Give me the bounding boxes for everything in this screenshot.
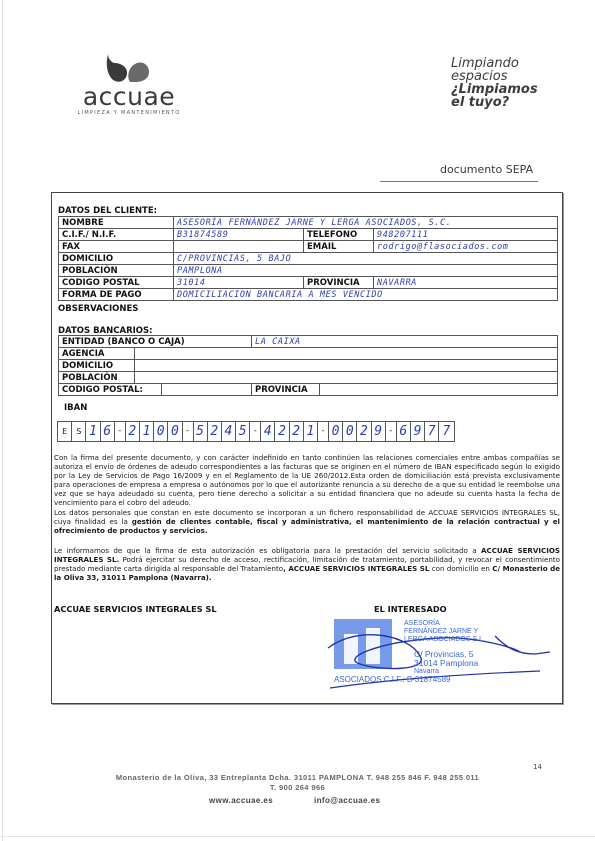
stamp-line: C/ Provincias, 5 [414, 650, 474, 658]
iban-digit-cell: 0 [154, 422, 168, 441]
stamp-line: LERGA ASOCIADOS S.L. [404, 636, 485, 644]
domicilio-field[interactable]: C/PROVINCIAS, 5 BAJO [174, 253, 558, 265]
brand-tagline: LIMPIEZA Y MANTENIMIENTO [66, 110, 192, 116]
provincia-field[interactable]: NAVARRA [374, 277, 558, 289]
iban-digit-cell: 2 [208, 422, 222, 441]
client-section-title: DATOS DEL CLIENTE: [58, 206, 157, 216]
company-signature-label: ACCUAE SERVICIOS INTEGRALES SL [54, 604, 217, 614]
iban-digit-cell: 6 [101, 422, 115, 441]
iban-digit-cell: 0 [168, 422, 182, 441]
telefono-label: TELEFONO [304, 229, 374, 241]
stamp-line: ASOCIADOS C.I.F.: B-31874589 [334, 676, 451, 684]
stamp-line: 31014 Pamplona [414, 659, 478, 667]
iban-digit-cell: 1 [86, 422, 100, 441]
page-edge [2, 0, 3, 841]
poblacion-field[interactable]: PAMPLONA [174, 265, 558, 277]
codigo-postal-label: CODIGO POSTAL [59, 277, 174, 289]
email-field[interactable]: rodrigo@flasociados.com [374, 241, 558, 253]
page-number: 14 [533, 763, 542, 771]
bank-provincia-label: PROVINCIA [252, 384, 320, 396]
table-row: DOMICILIO [59, 360, 558, 372]
fax-label: FAX [59, 241, 174, 253]
table-row: AGENCIA [59, 348, 558, 360]
client-table: NOMBRE ASESORÍA FERNÁNDEZ JARNE Y LERGA … [58, 216, 558, 301]
brand-name: accuae [66, 82, 192, 112]
iban-separator: - [115, 422, 126, 441]
iban-digit-cell: 4 [261, 422, 275, 441]
table-row: NOMBRE ASESORÍA FERNÁNDEZ JARNE Y LERGA … [59, 217, 558, 229]
table-row: POBLACIÓN PAMPLONA [59, 265, 558, 277]
consent-text-e: con domicilio en [429, 564, 492, 573]
iban-digit-cell: 1 [304, 422, 318, 441]
bank-domicilio-field[interactable] [135, 360, 558, 372]
iban-separator: - [183, 422, 194, 441]
iban-digit-cell: 2 [357, 422, 371, 441]
iban-label: IBAN [64, 403, 87, 413]
nombre-field[interactable]: ASESORÍA FERNÁNDEZ JARNE Y LERGA ASOCIAD… [174, 217, 558, 229]
iban-digit-cell: 2 [275, 422, 289, 441]
iban-country-cell: E [58, 422, 72, 441]
poblacion-label: POBLACIÓN [59, 265, 174, 277]
agencia-label: AGENCIA [59, 348, 135, 360]
sepa-legal-paragraph: Con la firma del presente documento, y c… [54, 453, 560, 508]
iban-digit-cell: 0 [343, 422, 357, 441]
table-row: FAX EMAIL rodrigo@flasociados.com [59, 241, 558, 253]
table-row: C.I.F./ N.I.F. B31874589 TELEFONO 948207… [59, 229, 558, 241]
iban-separator: - [386, 422, 397, 441]
iban-digit-cell: 5 [236, 422, 250, 441]
forma-pago-field[interactable]: DOMICILIACION BANCARIA A MES VENCIDO [174, 289, 558, 301]
table-row: DOMICILIO C/PROVINCIAS, 5 BAJO [59, 253, 558, 265]
cif-field[interactable]: B31874589 [174, 229, 304, 241]
nombre-label: NOMBRE [59, 217, 174, 229]
iban-digit-cell: 6 [397, 422, 411, 441]
consent-paragraph: Le informamos de que la firma de esta au… [54, 546, 560, 582]
fax-field[interactable] [174, 241, 304, 253]
iban-digit-cell: 7 [425, 422, 439, 441]
document-type: documento SEPA [440, 163, 533, 176]
iban-digit-cell: 2 [290, 422, 304, 441]
iban-digit-cell: 5 [194, 422, 208, 441]
client-signature-label: EL INTERESADO [374, 604, 447, 614]
entidad-label: ENTIDAD (BANCO O CAJA) [59, 336, 252, 348]
iban-digit-cell: 0 [329, 422, 343, 441]
accuae-logo: accuae LIMPIEZA Y MANTENIMIENTO [66, 52, 192, 118]
iban-separator: - [318, 422, 329, 441]
bank-domicilio-label: DOMICILIO [59, 360, 135, 372]
codigo-postal-field[interactable]: 31014 [174, 277, 304, 289]
iban-field[interactable]: ES16-2100-5245-4221-0029-6977 [57, 421, 455, 442]
observaciones-title: OBSERVACIONES [58, 304, 138, 314]
bank-codigo-postal-field[interactable] [162, 384, 252, 396]
iban-digit-cell: 1 [140, 422, 154, 441]
footer-phone: T. 900 264 966 [0, 783, 595, 792]
telefono-field[interactable]: 948207111 [374, 229, 558, 241]
iban-digit-cell: 7 [439, 422, 453, 441]
table-row: CODIGO POSTAL 31014 PROVINCIA NAVARRA [59, 277, 558, 289]
client-signature-area[interactable]: ASESORÍA FERNÁNDEZ JARNE Y LERGA ASOCIAD… [320, 616, 560, 696]
stamp-line: ASESORÍA [404, 620, 440, 628]
forma-pago-label: FORMA DE PAGO [59, 289, 174, 301]
page-bottom-edge [0, 836, 595, 837]
iban-digit-cell: 9 [372, 422, 386, 441]
iban-digit-cell: 9 [411, 422, 425, 441]
iban-digit-cell: 4 [222, 422, 236, 441]
consent-text-a: Le informamos de que la firma de esta au… [54, 546, 481, 555]
table-row: CODIGO POSTAL: PROVINCIA [59, 384, 558, 396]
bank-table: ENTIDAD (BANCO O CAJA) LA CAIXA AGENCIA … [58, 335, 558, 396]
bank-codigo-postal-label: CODIGO POSTAL: [59, 384, 162, 396]
consent-controller: , ACCUAE SERVICIOS INTEGRALES SL [283, 564, 429, 573]
footer-address: Monasterio de la Oliva, 33 Entreplanta D… [0, 773, 595, 782]
cif-label: C.I.F./ N.I.F. [59, 229, 174, 241]
footer-website-link[interactable]: www.accuae.es [209, 796, 273, 805]
stamp-line: FERNÁNDEZ JARNE Y [404, 628, 478, 636]
bank-poblacion-field[interactable] [135, 372, 558, 384]
slogan-line-4: el tuyo? [451, 96, 581, 109]
slogan: Limpiando espacios ¿Limpiamos el tuyo? [451, 57, 581, 109]
provincia-label: PROVINCIA [304, 277, 374, 289]
privacy-paragraph: Los datos personales que constan en este… [54, 508, 560, 535]
iban-country-cell: S [72, 422, 86, 441]
bank-poblacion-label: POBLACIÓN [59, 372, 135, 384]
table-row: POBLACIÓN [59, 372, 558, 384]
entidad-field[interactable]: LA CAIXA [252, 336, 558, 348]
domicilio-label: DOMICILIO [59, 253, 174, 265]
bank-provincia-field[interactable] [320, 384, 558, 396]
table-row: FORMA DE PAGO DOMICILIACION BANCARIA A M… [59, 289, 558, 301]
iban-separator: - [250, 422, 261, 441]
table-row: ENTIDAD (BANCO O CAJA) LA CAIXA [59, 336, 558, 348]
email-label: EMAIL [304, 241, 374, 253]
iban-digit-cell: 2 [126, 422, 140, 441]
document-type-underline [380, 181, 538, 182]
footer-email-link[interactable]: info@accuae.es [314, 796, 380, 805]
agencia-field[interactable] [135, 348, 558, 360]
